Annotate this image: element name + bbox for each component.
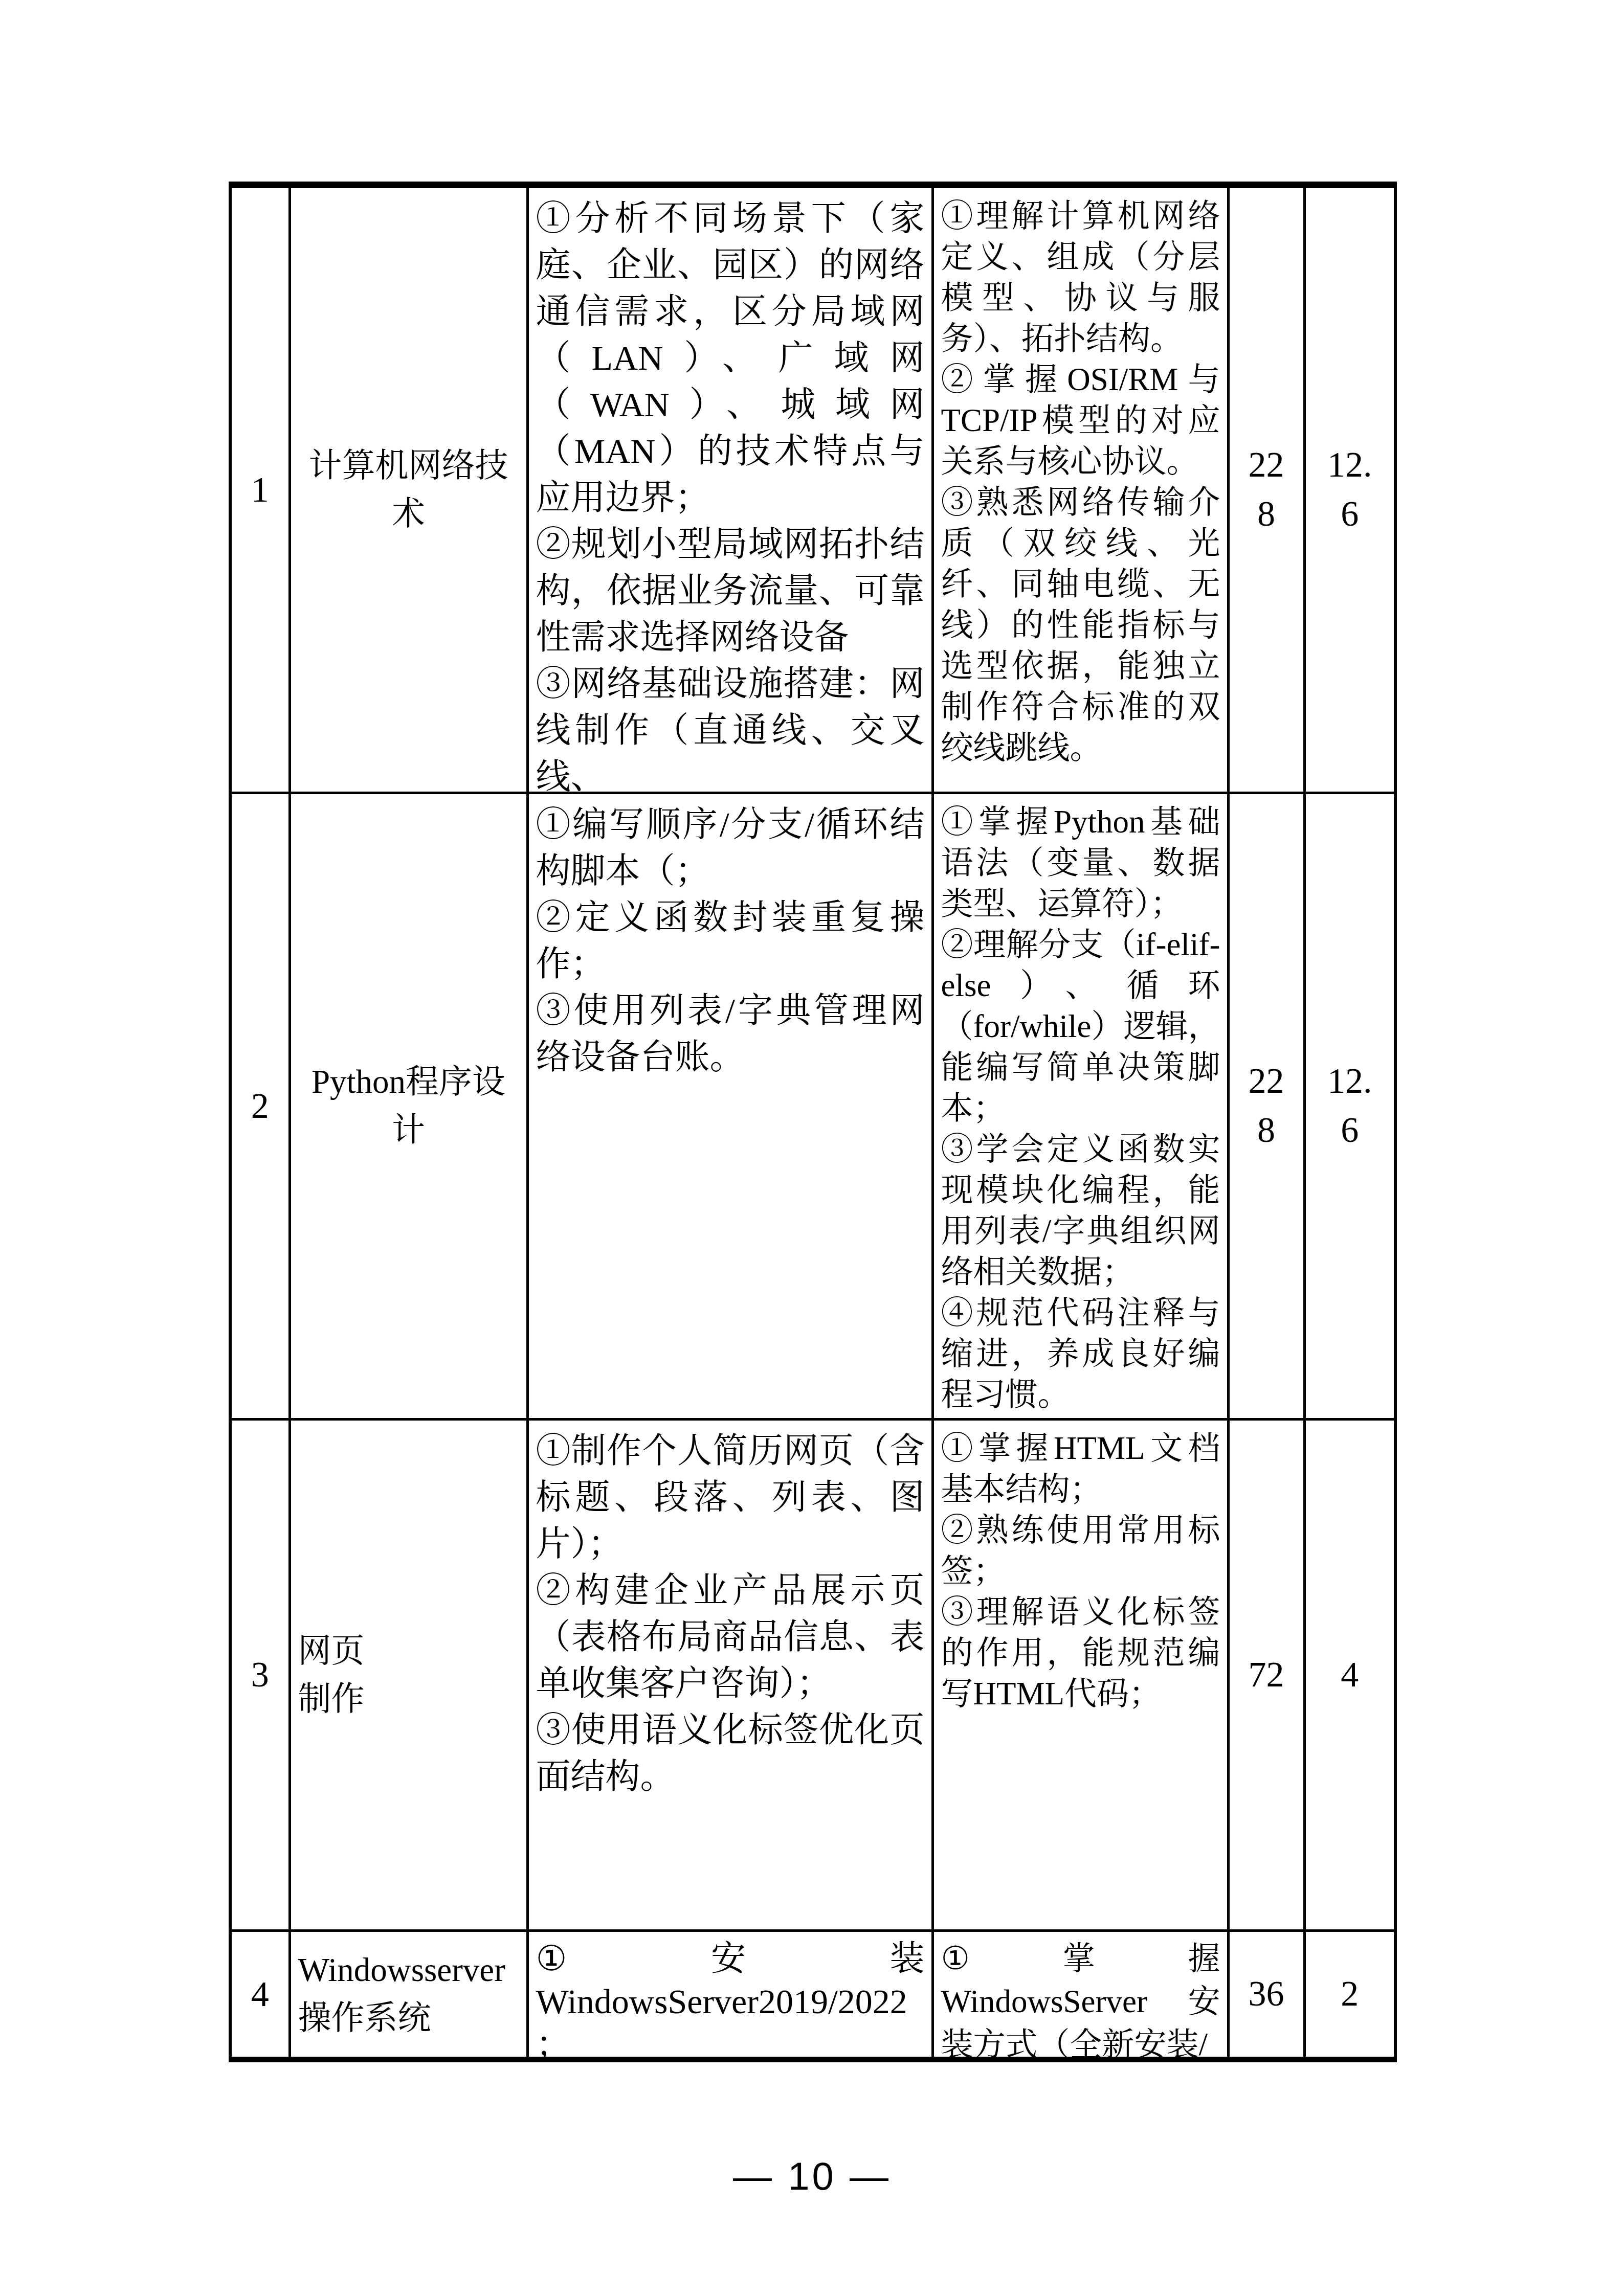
text-line: ； [536, 2023, 925, 2057]
document-page: { "page": { "footer": "— 10 —" }, "color… [0, 0, 1624, 2296]
course-objectives-text: ①掌握WindowsServer安装方式（全新安装/ [934, 1932, 1227, 2057]
text-segment: WindowsServer [941, 1980, 1147, 2023]
hours-cell: 22 8 [1228, 793, 1304, 1420]
page-number: — 10 — [0, 2154, 1624, 2200]
row-number-cell: 4 [230, 1931, 290, 2060]
course-objectives-cell: ①掌握Python基础语法（变量、数据类型、运算符）；②理解分支（if-elif… [932, 793, 1228, 1420]
hours-cell: 36 [1228, 1931, 1304, 2060]
text-segment: ① [941, 1937, 970, 1980]
credits-value: 12. 6 [1306, 1057, 1394, 1155]
course-name-cell: Windowsserver操作系统 [290, 1931, 527, 2060]
text-line: 装方式（全新安装/ [941, 2023, 1220, 2057]
text-segment: ① [536, 1937, 567, 1980]
content-paragraph: ②构建企业产品展示页（表格布局商品信息、表单收集客户咨询）； [536, 1567, 925, 1707]
content-paragraph: ④规范代码注释与缩进，养成良好编程习惯。 [941, 1292, 1220, 1415]
content-paragraph: ①掌握HTML文档基本结构； [941, 1428, 1220, 1510]
hours-wrap: 22 8 [1230, 188, 1303, 792]
course-content-text: ①安装WindowsServer2019/2022； [529, 1932, 931, 2057]
text-segment: 装 [889, 1937, 924, 1980]
credits-wrap: 12. 6 [1306, 794, 1394, 1418]
course-name-cell: 计算机网络技术 [290, 185, 527, 793]
row-number: 2 [232, 1082, 288, 1131]
course-name-cell: 网页 制作 [290, 1420, 527, 1931]
text-segment: 掌 [1063, 1937, 1095, 1980]
text-segment: 握 [1188, 1937, 1220, 1980]
course-name-wrap: Windowsserver操作系统 [291, 1932, 526, 2057]
course-content-text: ①编写顺序/分支/循环结构脚本（；②定义函数封装重复操作；③使用列表/字典管理网… [529, 794, 931, 1418]
content-paragraph: ③理解语义化标签的作用，能规范编写HTML代码； [941, 1591, 1220, 1714]
hours-value: 72 [1230, 1651, 1303, 1700]
credits-cell: 4 [1304, 1420, 1395, 1931]
course-content-text: ①制作个人简历网页（含标题、段落、列表、图片）；②构建企业产品展示页（表格布局商… [529, 1421, 931, 1929]
course-table: 1 计算机网络技术 ①分析不同场景下（家庭、企业、园区）的网络通信需求，区分局域… [229, 182, 1397, 2062]
credits-wrap: 4 [1306, 1421, 1394, 1929]
hours-value: 36 [1230, 1970, 1303, 2019]
table-row: 1 计算机网络技术 ①分析不同场景下（家庭、企业、园区）的网络通信需求，区分局域… [230, 185, 1395, 793]
text-line: WindowsServer安 [941, 1980, 1220, 2023]
table-row: 3 网页 制作 ①制作个人简历网页（含标题、段落、列表、图片）；②构建企业产品展… [230, 1420, 1395, 1931]
credits-value: 4 [1306, 1651, 1394, 1700]
course-name-wrap: Python程序设计 [291, 794, 526, 1418]
credits-wrap: 2 [1306, 1932, 1394, 2057]
text-segment: 安 [711, 1937, 746, 1980]
content-paragraph: ②理解分支（if-elif-else）、循环（for/while）逻辑，能编写简… [941, 924, 1220, 1129]
content-paragraph: ①制作个人简历网页（含标题、段落、列表、图片）； [536, 1428, 925, 1567]
course-name: 计算机网络技术 [291, 442, 526, 538]
content-paragraph: ③使用语义化标签优化页面结构。 [536, 1707, 925, 1800]
course-objectives-text: ①理解计算机网络定义、组成（分层模型、协议与服务）、拓扑结构。②掌握OSI/RM… [934, 188, 1227, 792]
row-number: 3 [232, 1651, 288, 1699]
content-paragraph: ①编写顺序/分支/循环结构脚本（； [536, 801, 925, 894]
hours-wrap: 36 [1230, 1932, 1303, 2057]
row-number-cell: 1 [230, 185, 290, 793]
table-row: 4 Windowsserver操作系统 ①安装WindowsServer2019… [230, 1931, 1395, 2060]
credits-wrap: 12. 6 [1306, 188, 1394, 792]
course-name: Windowsserver操作系统 [291, 1946, 526, 2042]
credits-cell: 2 [1304, 1931, 1395, 2060]
course-objectives-cell: ①掌握HTML文档基本结构；②熟练使用常用标签；③理解语义化标签的作用，能规范编… [932, 1420, 1228, 1931]
content-paragraph: ③学会定义函数实现模块化编程，能用列表/字典组织网络相关数据； [941, 1129, 1220, 1292]
hours-cell: 22 8 [1228, 185, 1304, 793]
row-number-wrap: 3 [232, 1421, 288, 1929]
hours-value: 22 8 [1230, 1057, 1303, 1155]
course-content-cell: ①编写顺序/分支/循环结构脚本（；②定义函数封装重复操作；③使用列表/字典管理网… [527, 793, 932, 1420]
course-objectives-cell: ①掌握WindowsServer安装方式（全新安装/ [932, 1931, 1228, 2060]
row-number-cell: 3 [230, 1420, 290, 1931]
row-number-cell: 2 [230, 793, 290, 1420]
hours-cell: 72 [1228, 1420, 1304, 1931]
course-objectives-cell: ①理解计算机网络定义、组成（分层模型、协议与服务）、拓扑结构。②掌握OSI/RM… [932, 185, 1228, 793]
credits-cell: 12. 6 [1304, 185, 1395, 793]
content-paragraph: ②熟练使用常用标签； [941, 1510, 1220, 1591]
credits-value: 12. 6 [1306, 441, 1394, 539]
course-content-cell: ①安装WindowsServer2019/2022； [527, 1931, 932, 2060]
content-paragraph: ③网络基础设施搭建：网线制作（直通线、交叉线、 [536, 661, 925, 792]
table-row: 2 Python程序设计 ①编写顺序/分支/循环结构脚本（；②定义函数封装重复操… [230, 793, 1395, 1420]
content-paragraph: ②规划小型局域网拓扑结构，依据业务流量、可靠性需求选择网络设备 [536, 521, 925, 661]
content-paragraph: ②掌握OSI/RM与TCP/IP模型的对应关系与核心协议。 [941, 359, 1220, 482]
course-objectives-text: ①掌握HTML文档基本结构；②熟练使用常用标签；③理解语义化标签的作用，能规范编… [934, 1421, 1227, 1929]
content-paragraph: ①掌握Python基础语法（变量、数据类型、运算符）； [941, 801, 1220, 924]
course-name-cell: Python程序设计 [290, 793, 527, 1420]
credits-value: 2 [1306, 1970, 1394, 2019]
content-paragraph: ①分析不同场景下（家庭、企业、园区）的网络通信需求，区分局域网（LAN）、广域网… [536, 195, 925, 521]
course-content-cell: ①制作个人简历网页（含标题、段落、列表、图片）；②构建企业产品展示页（表格布局商… [527, 1420, 932, 1931]
course-name-wrap: 网页 制作 [291, 1421, 526, 1929]
text-line: ①掌握 [941, 1937, 1220, 1980]
row-number-wrap: 2 [232, 794, 288, 1418]
text-line: ①安装 [536, 1937, 925, 1980]
text-segment: 安 [1188, 1980, 1220, 2023]
hours-wrap: 22 8 [1230, 794, 1303, 1418]
row-number-wrap: 1 [232, 188, 288, 792]
course-name: 网页 制作 [291, 1627, 526, 1723]
hours-value: 22 8 [1230, 441, 1303, 539]
content-paragraph: ②定义函数封装重复操作； [536, 894, 925, 987]
course-content-cell: ①分析不同场景下（家庭、企业、园区）的网络通信需求，区分局域网（LAN）、广域网… [527, 185, 932, 793]
content-paragraph: ①理解计算机网络定义、组成（分层模型、协议与服务）、拓扑结构。 [941, 195, 1220, 359]
course-name-wrap: 计算机网络技术 [291, 188, 526, 792]
content-paragraph: ③使用列表/字典管理网络设备台账。 [536, 987, 925, 1081]
row-number-wrap: 4 [232, 1932, 288, 2057]
text-line: WindowsServer2019/2022 [536, 1980, 925, 2023]
content-paragraph: ③熟悉网络传输介质（双绞线、光纤、同轴电缆、无线）的性能指标与选型依据，能独立制… [941, 482, 1220, 768]
row-number: 4 [232, 1970, 288, 2019]
course-name: Python程序设计 [291, 1058, 526, 1154]
course-objectives-text: ①掌握Python基础语法（变量、数据类型、运算符）；②理解分支（if-elif… [934, 794, 1227, 1418]
course-content-text: ①分析不同场景下（家庭、企业、园区）的网络通信需求，区分局域网（LAN）、广域网… [529, 188, 931, 792]
course-table-body: 1 计算机网络技术 ①分析不同场景下（家庭、企业、园区）的网络通信需求，区分局域… [230, 185, 1395, 2060]
credits-cell: 12. 6 [1304, 793, 1395, 1420]
hours-wrap: 72 [1230, 1421, 1303, 1929]
row-number: 1 [232, 466, 288, 514]
